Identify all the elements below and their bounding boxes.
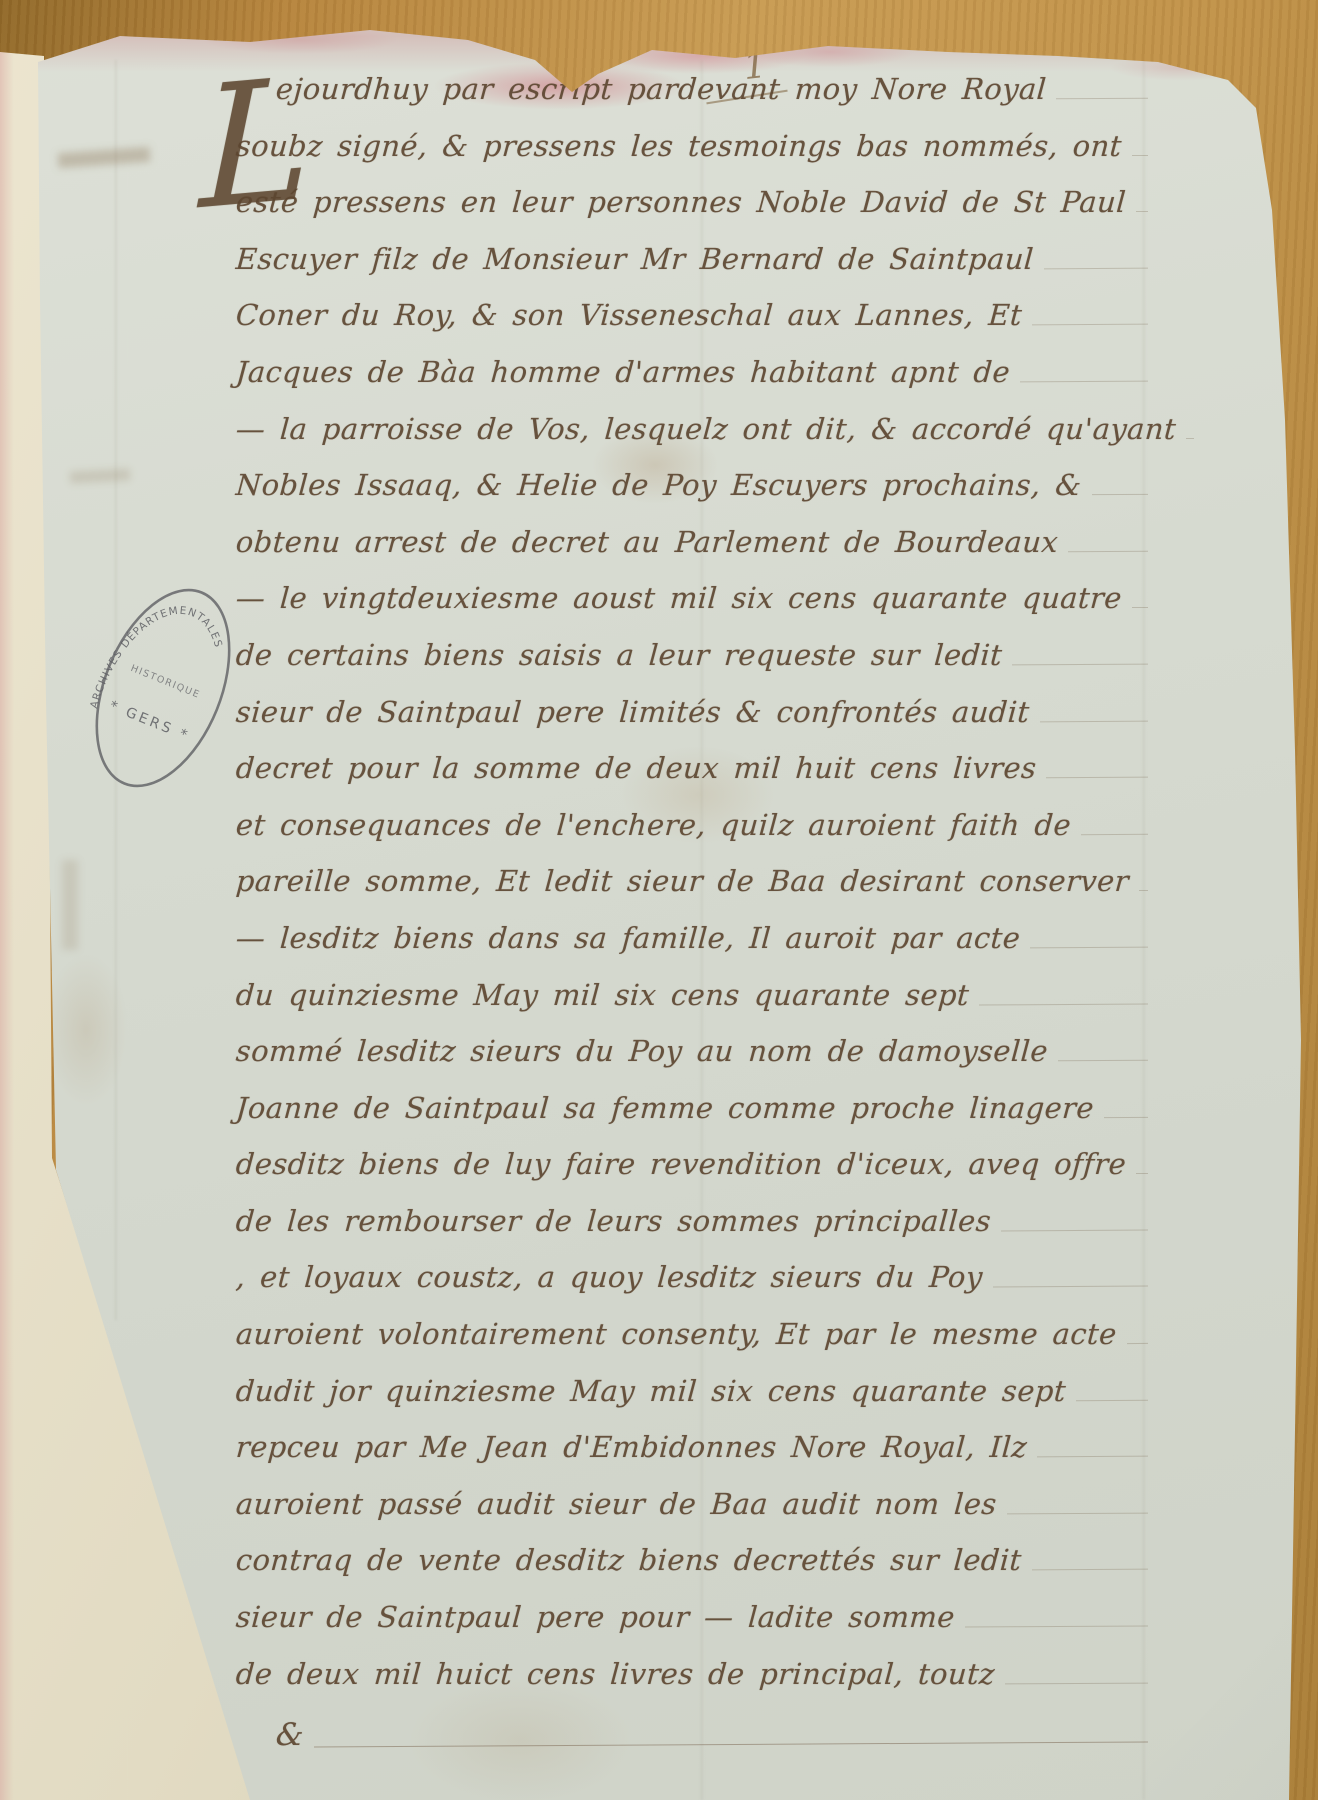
manuscript-line: sommé lesditz sieurs du Poy au nom de da… bbox=[236, 1034, 1150, 1091]
manuscript-line-text: sieur de Saintpaul pere pour — ladite so… bbox=[235, 1600, 956, 1634]
manuscript-line: auroient volontairement consenty, Et par… bbox=[236, 1317, 1150, 1374]
manuscript-line-text: Escuyer filz de Monsieur Mr Bernard de S… bbox=[235, 242, 1035, 276]
stamp-middle-text: HISTORIQUE bbox=[129, 663, 202, 701]
manuscript-line-text: desditz biens de luy faire revendition d… bbox=[235, 1147, 1128, 1181]
manuscript-line: esté pressens en leur personnes Noble Da… bbox=[236, 185, 1150, 242]
manuscript-line-text: esté pressens en leur personnes Noble Da… bbox=[235, 185, 1127, 219]
manuscript-line: Coner du Roy, & son Visseneschal aux Lan… bbox=[236, 298, 1150, 355]
manuscript-line-text: auroient passé audit sieur de Baa audit … bbox=[235, 1487, 998, 1521]
manuscript-line: contraq de vente desditz biens decrettés… bbox=[236, 1543, 1150, 1600]
manuscript-line: Escuyer filz de Monsieur Mr Bernard de S… bbox=[236, 242, 1150, 299]
manuscript-line-text: — la parroisse de Vos, lesquelz ont dit,… bbox=[235, 412, 1177, 446]
manuscript-line: Nobles Issaaq, & Helie de Poy Escuyers p… bbox=[236, 468, 1150, 525]
manuscript-line-text: de certains biens saisis a leur requeste… bbox=[235, 638, 1004, 672]
manuscript-line-text: — lesditz biens dans sa famille, Il auro… bbox=[235, 921, 1022, 955]
manuscript-line: decret pour la somme de deux mil huit ce… bbox=[236, 751, 1150, 808]
manuscript-line-text: auroient volontairement consenty, Et par… bbox=[235, 1317, 1118, 1351]
catchword-row: & bbox=[236, 1717, 1150, 1774]
manuscript-line: obtenu arrest de decret au Parlement de … bbox=[236, 525, 1150, 582]
manuscript-line: et consequances de l'enchere, quilz auro… bbox=[236, 808, 1150, 865]
manuscript-line-text: — le vingtdeuxiesme aoust mil six cens q… bbox=[235, 581, 1123, 615]
manuscript-line: — le vingtdeuxiesme aoust mil six cens q… bbox=[236, 581, 1150, 638]
manuscript-line-text: dudit jor quinziesme May mil six cens qu… bbox=[235, 1374, 1067, 1408]
catchword: & bbox=[275, 1717, 306, 1753]
ink-bleed-smudge bbox=[62, 860, 78, 950]
manuscript-line: de certains biens saisis a leur requeste… bbox=[236, 638, 1150, 695]
photo-background: 1 ARCHIVES DÉPARTEMENTALES HISTORIQUE * … bbox=[0, 0, 1318, 1800]
manuscript-line-text: du quinziesme May mil six cens quarante … bbox=[235, 978, 971, 1012]
manuscript-text: ejourdhuy par escript pardevant moy Nore… bbox=[236, 72, 1150, 1774]
manuscript-line: Joanne de Saintpaul sa femme comme proch… bbox=[236, 1091, 1150, 1148]
manuscript-page: 1 ARCHIVES DÉPARTEMENTALES HISTORIQUE * … bbox=[0, 0, 1318, 1800]
manuscript-line: sieur de Saintpaul pere limités & confro… bbox=[236, 695, 1150, 752]
manuscript-line: de les rembourser de leurs sommes princi… bbox=[236, 1204, 1150, 1261]
manuscript-line-text: Jacques de Bàa homme d'armes habitant ap… bbox=[235, 355, 1011, 389]
manuscript-line: — lesditz biens dans sa famille, Il auro… bbox=[236, 921, 1150, 978]
manuscript-line-text: decret pour la somme de deux mil huit ce… bbox=[235, 751, 1038, 785]
manuscript-line: soubz signé, & pressens les tesmoings ba… bbox=[236, 129, 1150, 186]
manuscript-line-text: de les rembourser de leurs sommes princi… bbox=[235, 1204, 992, 1238]
manuscript-line-text: sieur de Saintpaul pere limités & confro… bbox=[235, 695, 1031, 729]
manuscript-line: Jacques de Bàa homme d'armes habitant ap… bbox=[236, 355, 1150, 412]
manuscript-line: auroient passé audit sieur de Baa audit … bbox=[236, 1487, 1150, 1544]
manuscript-line-text: Joanne de Saintpaul sa femme comme proch… bbox=[235, 1091, 1095, 1125]
manuscript-line-text: soubz signé, & pressens les tesmoings ba… bbox=[235, 129, 1123, 163]
manuscript-line-text: ejourdhuy par escript pardevant moy Nore… bbox=[275, 72, 1048, 106]
manuscript-line: sieur de Saintpaul pere pour — ladite so… bbox=[236, 1600, 1150, 1657]
manuscript-line: dudit jor quinziesme May mil six cens qu… bbox=[236, 1374, 1150, 1431]
manuscript-line: repceu par Me Jean d'Embidonnes Nore Roy… bbox=[236, 1430, 1150, 1487]
manuscript-line-text: , et loyaux coustz, a quoy lesditz sieur… bbox=[235, 1260, 984, 1294]
ink-bleed-smudge bbox=[70, 468, 131, 483]
manuscript-line: desditz biens de luy faire revendition d… bbox=[236, 1147, 1150, 1204]
manuscript-line-text: pareille somme, Et ledit sieur de Baa de… bbox=[235, 864, 1130, 898]
manuscript-line-text: sommé lesditz sieurs du Poy au nom de da… bbox=[235, 1034, 1049, 1068]
ink-bleed-smudge bbox=[58, 147, 151, 168]
manuscript-lines: ejourdhuy par escript pardevant moy Nore… bbox=[236, 72, 1150, 1713]
manuscript-line-text: et consequances de l'enchere, quilz auro… bbox=[235, 808, 1072, 842]
manuscript-line: , et loyaux coustz, a quoy lesditz sieur… bbox=[236, 1260, 1150, 1317]
manuscript-line-text: Coner du Roy, & son Visseneschal aux Lan… bbox=[235, 298, 1024, 332]
manuscript-line-text: de deux mil huict cens livres de princip… bbox=[235, 1657, 996, 1691]
manuscript-line-text: Nobles Issaaq, & Helie de Poy Escuyers p… bbox=[235, 468, 1083, 502]
manuscript-line: pareille somme, Et ledit sieur de Baa de… bbox=[236, 864, 1150, 921]
manuscript-line-text: contraq de vente desditz biens decrettés… bbox=[235, 1543, 1023, 1577]
manuscript-line-text: obtenu arrest de decret au Parlement de … bbox=[235, 525, 1060, 559]
manuscript-line: du quinziesme May mil six cens quarante … bbox=[236, 978, 1150, 1035]
stamp-bottom-text: * GERS * bbox=[107, 698, 192, 745]
manuscript-line-text: repceu par Me Jean d'Embidonnes Nore Roy… bbox=[235, 1430, 1029, 1464]
manuscript-line: — la parroisse de Vos, lesquelz ont dit,… bbox=[236, 412, 1150, 469]
manuscript-line: ejourdhuy par escript pardevant moy Nore… bbox=[236, 72, 1150, 129]
manuscript-line: de deux mil huict cens livres de princip… bbox=[236, 1657, 1150, 1714]
